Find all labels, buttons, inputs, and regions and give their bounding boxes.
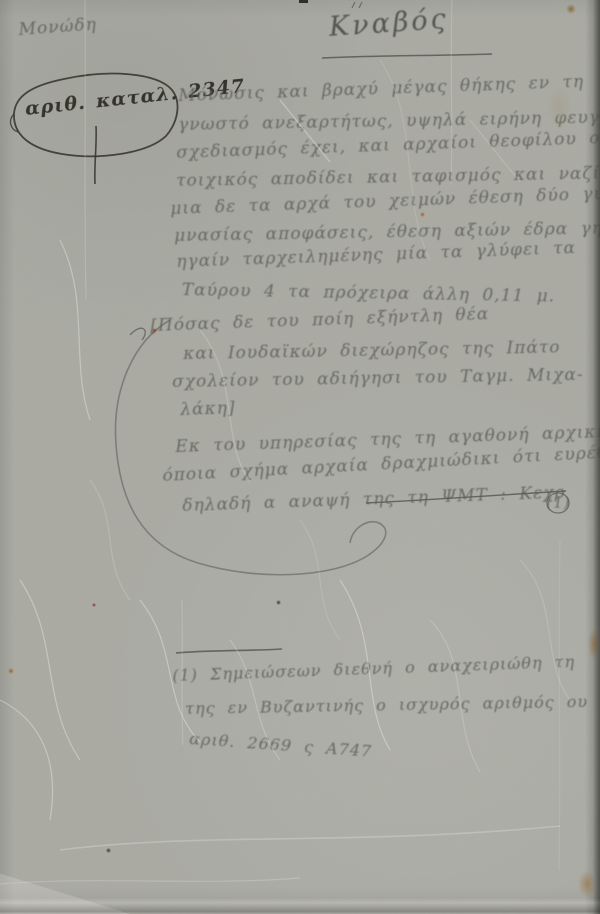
edge-notch <box>299 0 308 3</box>
text-layer: Μονώδη Κναβός αριθ. καταλ. 2347 Μόνωσις … <box>0 0 600 914</box>
footnote-line: της εν Βυζαντινής ο ισχυρός αριθμός ου <box>185 692 588 718</box>
paragraph-line: δηλαδή α αναψή της τη ΨΜΤ : Κεχρ <box>182 483 566 516</box>
page-title: Κναβός <box>328 4 450 43</box>
manuscript-page: Μονώδη Κναβός αριθ. καταλ. 2347 Μόνωσις … <box>0 0 600 914</box>
footnote-line: (1) Σημειώσεων διεθνή ο αναχειριώθη τη <box>172 652 575 685</box>
paragraph-line: Ταύρου 4 τα πρόχειρα άλλη 0,11 μ. <box>182 280 556 307</box>
bottom-fold <box>0 898 600 914</box>
header-note: Μονώδη <box>18 15 97 40</box>
page-right-edge <box>593 0 600 914</box>
paragraph-line: και Ιουδαϊκών διεχώρηζος της Ιπάτο <box>183 337 561 364</box>
paragraph-line: σχολείον του αδιήγησι του Ταγμ. Μιχα- <box>172 365 584 392</box>
footnote-line: αριθ. 2669 ς Α747 <box>189 729 373 761</box>
paragraph-line: [Πόσας δε του ποίη εξήντλη θέα <box>150 304 490 336</box>
paragraph-line: λάκη] <box>180 398 236 420</box>
footnote-ref-mark: (1) <box>546 493 571 512</box>
